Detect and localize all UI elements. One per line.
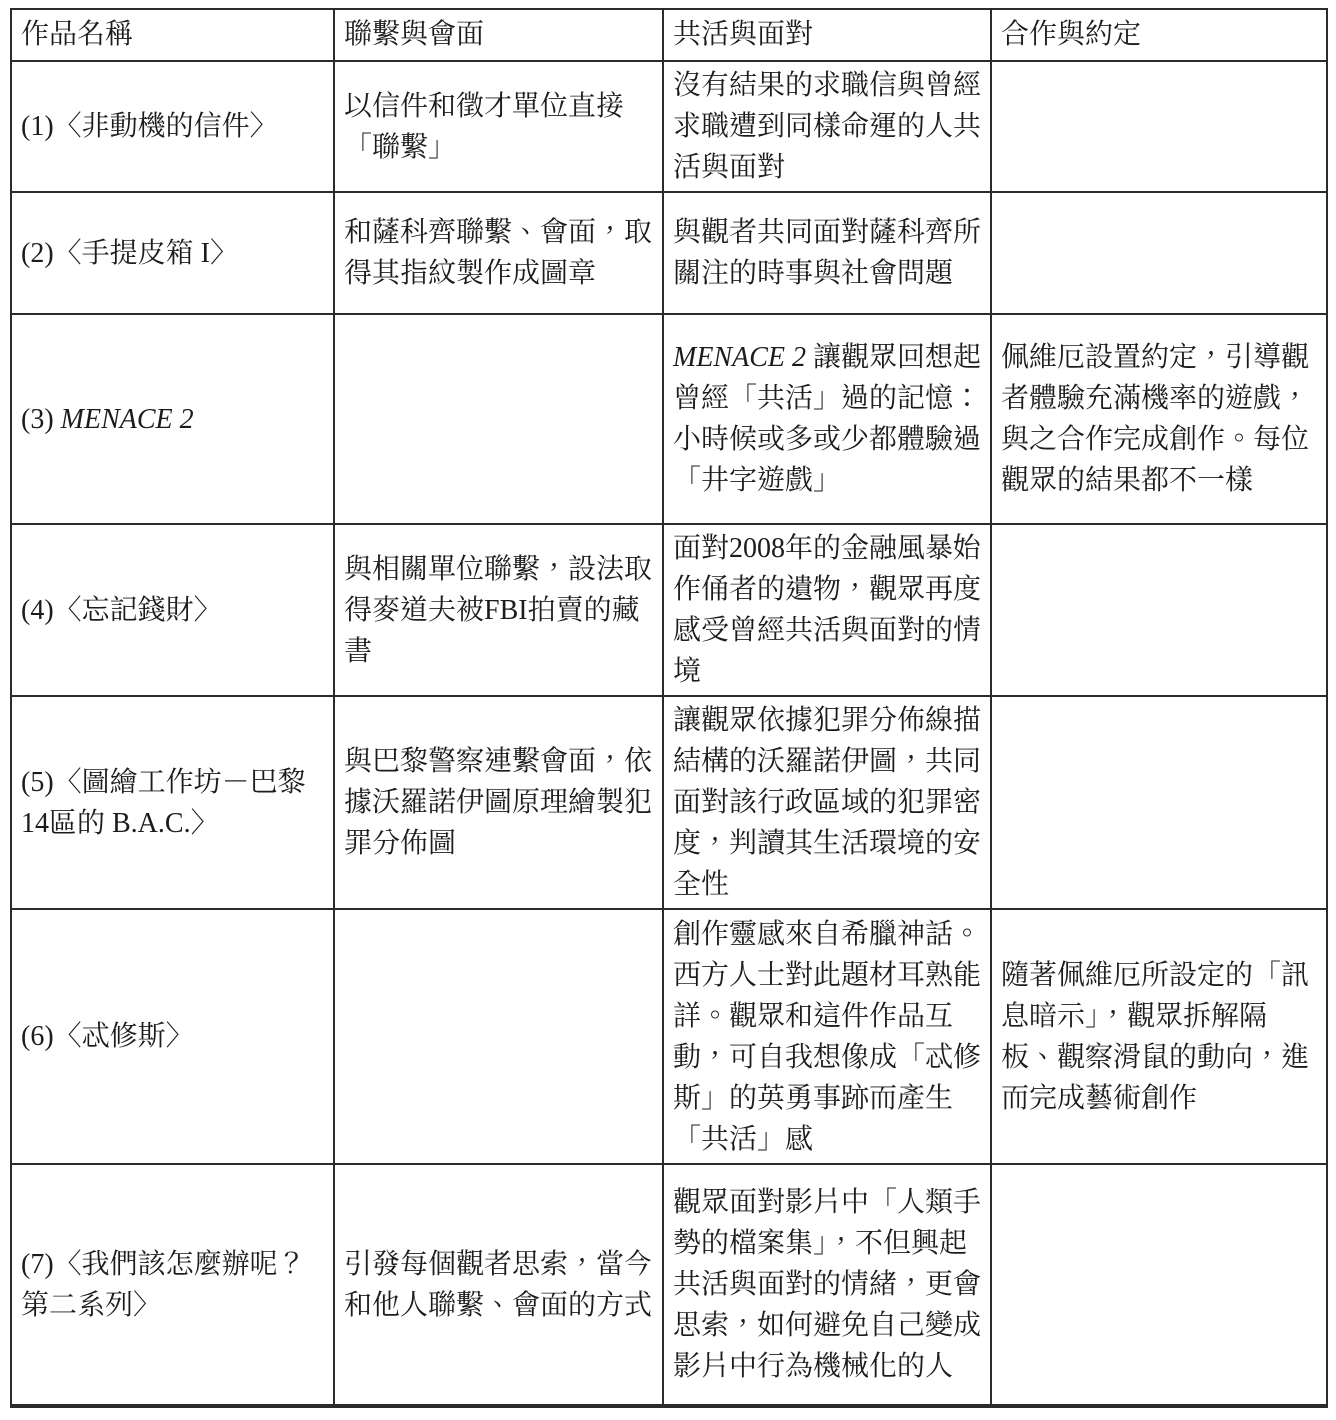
cell-cooperate-agreement: 隨著佩維厄所設定的「訊息暗示」，觀眾拆解隔板、觀察滑鼠的動向，進而完成藝術創作 — [991, 909, 1327, 1164]
works-comparison-table: 作品名稱 聯繫與會面 共活與面對 合作與約定 (1)〈非動機的信件〉 以信件和徵… — [10, 8, 1328, 1408]
table-row: (2)〈手提皮箱 I〉 和薩科齊聯繫、會面，取得其指紋製作成圖章 與觀者共同面對… — [11, 192, 1327, 314]
work-number: (3) — [21, 404, 61, 435]
cell-coexist-face: 沒有結果的求職信與曾經求職遭到同樣命運的人共活與面對 — [663, 61, 991, 192]
cell-cooperate-agreement — [991, 696, 1327, 909]
header-row: 作品名稱 聯繫與會面 共活與面對 合作與約定 — [11, 9, 1327, 61]
table-row: (4)〈忘記錢財〉 與相關單位聯繫，設法取得麥道夫被FBI拍賣的藏書 面對200… — [11, 524, 1327, 696]
cell-work-title: (1)〈非動機的信件〉 — [11, 61, 334, 192]
cell-cooperate-agreement — [991, 524, 1327, 696]
table-row: (1)〈非動機的信件〉 以信件和徵才單位直接「聯繫」 沒有結果的求職信與曾經求職… — [11, 61, 1327, 192]
cell-contact-meeting — [334, 909, 663, 1164]
table-header: 作品名稱 聯繫與會面 共活與面對 合作與約定 — [11, 9, 1327, 61]
cell-contact-meeting — [334, 314, 663, 524]
table-body: (1)〈非動機的信件〉 以信件和徵才單位直接「聯繫」 沒有結果的求職信與曾經求職… — [11, 61, 1327, 1406]
column-header-work-title: 作品名稱 — [11, 9, 334, 61]
cell-work-title: (6)〈忒修斯〉 — [11, 909, 334, 1164]
column-header-contact-meeting: 聯繫與會面 — [334, 9, 663, 61]
cell-coexist-face: 觀眾面對影片中「人類手勢的檔案集」，不但興起共活與面對的情緒，更會思索，如何避免… — [663, 1164, 991, 1406]
cell-cooperate-agreement — [991, 1164, 1327, 1406]
table-row: (6)〈忒修斯〉 創作靈感來自希臘神話。西方人士對此題材耳熟能詳。觀眾和這件作品… — [11, 909, 1327, 1164]
work-title-italic: MENACE 2 — [61, 404, 194, 435]
cell-contact-meeting: 和薩科齊聯繫、會面，取得其指紋製作成圖章 — [334, 192, 663, 314]
cell-contact-meeting: 引發每個觀者思索，當今和他人聯繫、會面的方式 — [334, 1164, 663, 1406]
work-title-italic: MENACE 2 — [673, 342, 806, 373]
cell-contact-meeting: 以信件和徵才單位直接「聯繫」 — [334, 61, 663, 192]
cell-coexist-face: 創作靈感來自希臘神話。西方人士對此題材耳熟能詳。觀眾和這件作品互動，可自我想像成… — [663, 909, 991, 1164]
table-row: (3) MENACE 2 MENACE 2 讓觀眾回想起曾經「共活」過的記憶：小… — [11, 314, 1327, 524]
column-header-coexist-face: 共活與面對 — [663, 9, 991, 61]
cell-work-title: (2)〈手提皮箱 I〉 — [11, 192, 334, 314]
cell-coexist-face: MENACE 2 讓觀眾回想起曾經「共活」過的記憶：小時候或多或少都體驗過「井字… — [663, 314, 991, 524]
cell-work-title: (3) MENACE 2 — [11, 314, 334, 524]
cell-coexist-face: 面對2008年的金融風暴始作俑者的遺物，觀眾再度感受曾經共活與面對的情境 — [663, 524, 991, 696]
cell-coexist-face: 與觀者共同面對薩科齊所關注的時事與社會問題 — [663, 192, 991, 314]
cell-work-title: (5)〈圖繪工作坊－巴黎14區的 B.A.C.〉 — [11, 696, 334, 909]
cell-contact-meeting: 與巴黎警察連繫會面，依據沃羅諾伊圖原理繪製犯罪分佈圖 — [334, 696, 663, 909]
column-header-cooperate-agreement: 合作與約定 — [991, 9, 1327, 61]
cell-coexist-face: 讓觀眾依據犯罪分佈線描結構的沃羅諾伊圖，共同面對該行政區域的犯罪密度，判讀其生活… — [663, 696, 991, 909]
cell-cooperate-agreement — [991, 61, 1327, 192]
table-row: (7)〈我們該怎麼辦呢？第二系列〉 引發每個觀者思索，當今和他人聯繫、會面的方式… — [11, 1164, 1327, 1406]
document-page: 作品名稱 聯繫與會面 共活與面對 合作與約定 (1)〈非動機的信件〉 以信件和徵… — [0, 0, 1336, 1408]
cell-work-title: (7)〈我們該怎麼辦呢？第二系列〉 — [11, 1164, 334, 1406]
cell-contact-meeting: 與相關單位聯繫，設法取得麥道夫被FBI拍賣的藏書 — [334, 524, 663, 696]
table-row: (5)〈圖繪工作坊－巴黎14區的 B.A.C.〉 與巴黎警察連繫會面，依據沃羅諾… — [11, 696, 1327, 909]
cell-cooperate-agreement — [991, 192, 1327, 314]
cell-work-title: (4)〈忘記錢財〉 — [11, 524, 334, 696]
cell-cooperate-agreement: 佩維厄設置約定，引導觀者體驗充滿機率的遊戲，與之合作完成創作。每位觀眾的結果都不… — [991, 314, 1327, 524]
